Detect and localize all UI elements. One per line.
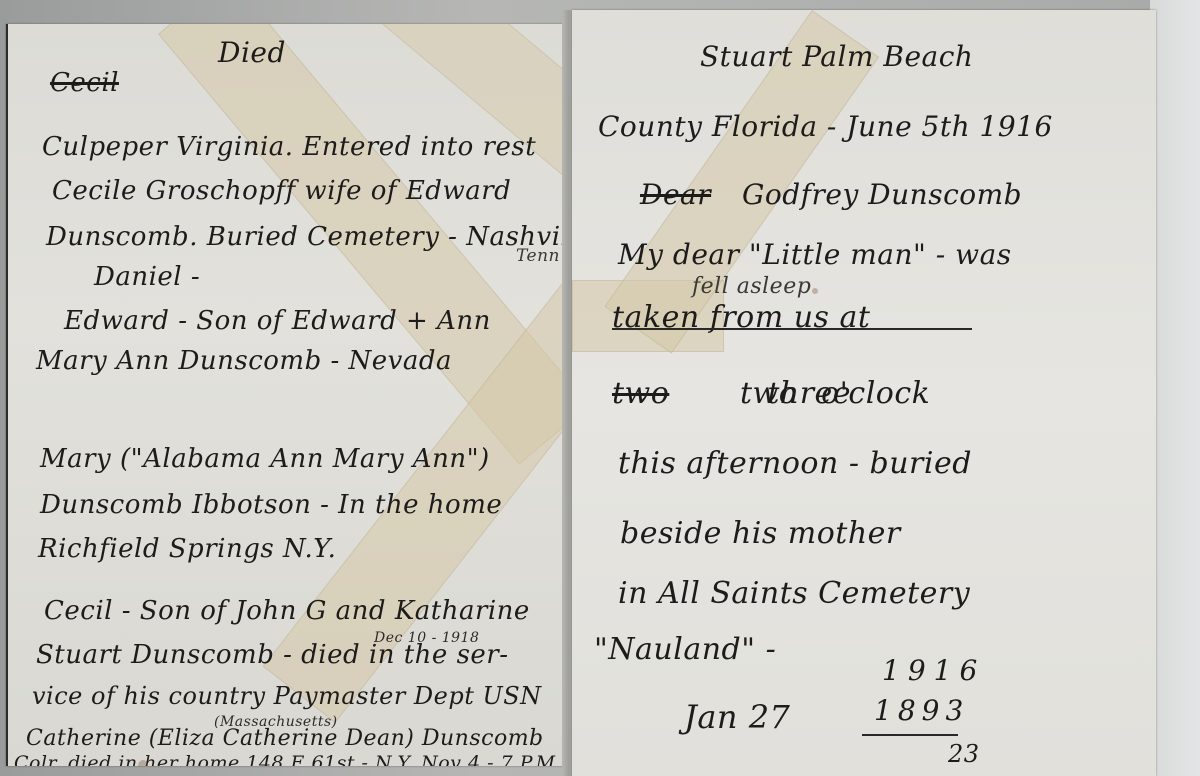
- left-line: Cecile Groschopff wife of Edward: [52, 176, 511, 206]
- left-line: Cecil - Son of John G and Katharine: [44, 596, 530, 626]
- left-line: Mary Ann Dunscomb - Nevada: [36, 346, 452, 376]
- right-line: County Florida - June 5th 1916: [598, 110, 1053, 143]
- right-line: My dear "Little man" - was: [618, 238, 1012, 271]
- right-page: Stuart Palm Beach County Florida - June …: [572, 10, 1156, 776]
- left-line: Colr. died in her home 148 E 61st - N.Y.…: [14, 752, 562, 766]
- ink-stain: [812, 288, 818, 294]
- insertion-note: fell asleep: [692, 274, 811, 299]
- right-line: this afternoon - buried: [618, 446, 972, 481]
- left-line: Dunscomb Ibbotson - In the home: [40, 490, 502, 520]
- left-line: vice of his country Paymaster Dept USN: [32, 682, 542, 710]
- left-line: Edward - Son of Edward + Ann: [64, 306, 491, 336]
- left-line: Stuart Dunscomb - died in the ser-: [36, 640, 509, 670]
- right-line: "Nauland" -: [594, 632, 776, 667]
- right-line: in All Saints Cemetery: [618, 576, 970, 611]
- right-line: Stuart Palm Beach: [700, 40, 973, 73]
- strike-line: [612, 328, 972, 330]
- heading-died: Died: [218, 36, 286, 69]
- year-bottom: 1893: [874, 694, 969, 727]
- struck-word: two: [612, 376, 669, 411]
- heading-struck: Cecil: [50, 68, 119, 98]
- left-line: Dunscomb. Buried Cemetery - Nashville: [46, 222, 568, 252]
- left-line: Culpeper Virginia. Entered into rest: [42, 132, 536, 162]
- left-line: Catherine (Eliza Catherine Dean) Dunscom…: [26, 726, 544, 751]
- left-line: Tenn: [516, 246, 560, 266]
- ink-stain: [138, 760, 148, 766]
- left-line: Mary ("Alabama Ann Mary Ann"): [40, 444, 490, 474]
- left-line: Daniel -: [94, 262, 200, 292]
- year-top: 1916: [882, 654, 985, 687]
- subtraction-line: [862, 734, 958, 736]
- date-line: Jan 27: [684, 698, 790, 736]
- left-page: Cecil Died Culpeper Virginia. Entered in…: [6, 24, 568, 766]
- right-line: Godfrey Dunscomb: [742, 178, 1022, 211]
- struck-word: Dear: [640, 178, 711, 211]
- difference: 23: [948, 740, 980, 768]
- right-line: two three o'clock: [740, 376, 930, 411]
- edge-sheet: ... Nov 3 - 1808 Marri...: [1150, 0, 1200, 776]
- left-line: Richfield Springs N.Y.: [38, 534, 336, 564]
- right-line: beside his mother: [620, 516, 901, 551]
